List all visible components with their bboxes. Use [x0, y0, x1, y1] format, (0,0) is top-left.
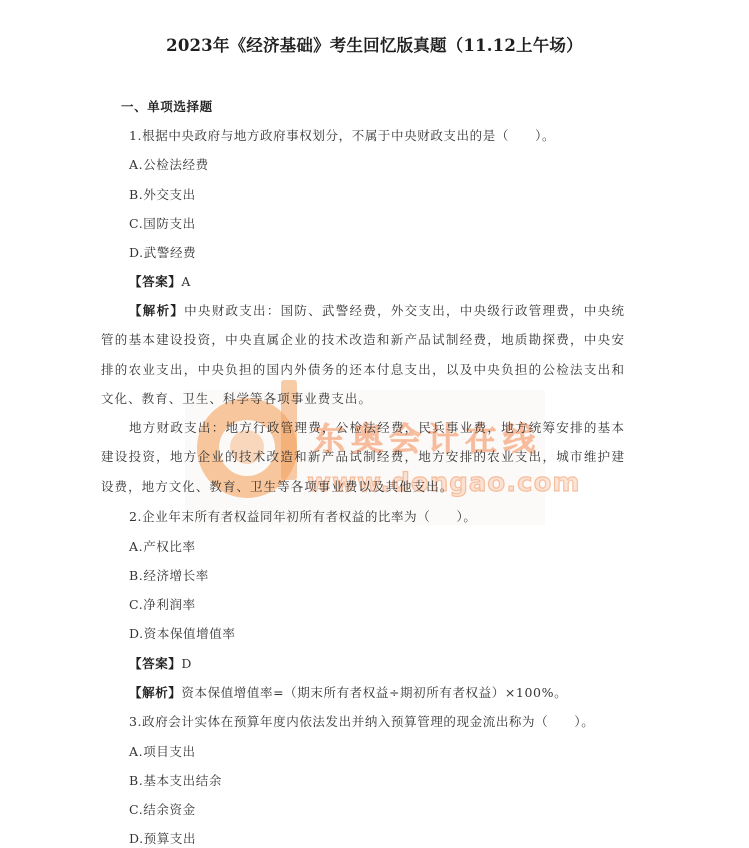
question-3-option-d: D.预算支出 [129, 831, 196, 847]
question-2-option-b: B.经济增长率 [129, 568, 209, 584]
question-3-option-a: A.项目支出 [129, 744, 196, 760]
question-1-option-a: A.公检法经费 [129, 157, 209, 173]
question-2-stem: 2.企业年末所有者权益同年初所有者权益的比率为（ ）。 [129, 509, 476, 525]
analysis-text: 资本保值增值率=（期末所有者权益÷期初所有者权益）×100%。 [181, 685, 567, 700]
question-1-analysis-para-1: 【解析】中央财政支出：国防、武警经费，外交支出，中央级行政管理费，中央统管的基本… [101, 296, 625, 413]
question-2-analysis: 【解析】资本保值增值率=（期末所有者权益÷期初所有者权益）×100%。 [129, 685, 567, 701]
question-3-option-b: B.基本支出结余 [129, 773, 222, 789]
question-1-option-d: D.武警经费 [129, 245, 196, 261]
question-1-option-c: C.国防支出 [129, 216, 196, 232]
question-1-stem: 1.根据中央政府与地方政府事权划分，不属于中央财政支出的是（ ）。 [129, 128, 555, 144]
question-1-analysis-para-2: 地方财政支出：地方行政管理费，公检法经费，民兵事业费，地方统筹安排的基本建设投资… [101, 413, 625, 501]
question-3-option-c: C.结余资金 [129, 802, 196, 818]
answer-value: D [181, 656, 192, 671]
analysis-label: 【解析】 [129, 303, 184, 318]
answer-label: 【答案】 [129, 274, 181, 289]
section-heading: 一、单项选择题 [121, 99, 213, 115]
question-2-option-a: A.产权比率 [129, 539, 196, 555]
question-2-answer: 【答案】D [129, 656, 192, 672]
answer-label: 【答案】 [129, 656, 181, 671]
analysis-text: 中央财政支出：国防、武警经费，外交支出，中央级行政管理费，中央统管的基本建设投资… [101, 303, 625, 406]
question-3-stem: 3.政府会计实体在预算年度内依法发出并纳入预算管理的现金流出称为（ ）。 [129, 714, 594, 730]
answer-value: A [181, 274, 191, 289]
question-1-option-b: B.外交支出 [129, 187, 196, 203]
analysis-label: 【解析】 [129, 685, 181, 700]
document-title: 2023年《经济基础》考生回忆版真题（11.12上午场） [0, 32, 749, 56]
document-page: 东奥会计在线 www.dongao.com 2023年《经济基础》考生回忆版真题… [0, 0, 749, 848]
question-2-option-c: C.净利润率 [129, 597, 196, 613]
question-1-answer: 【答案】A [129, 274, 191, 290]
question-2-option-d: D.资本保值增值率 [129, 626, 235, 642]
